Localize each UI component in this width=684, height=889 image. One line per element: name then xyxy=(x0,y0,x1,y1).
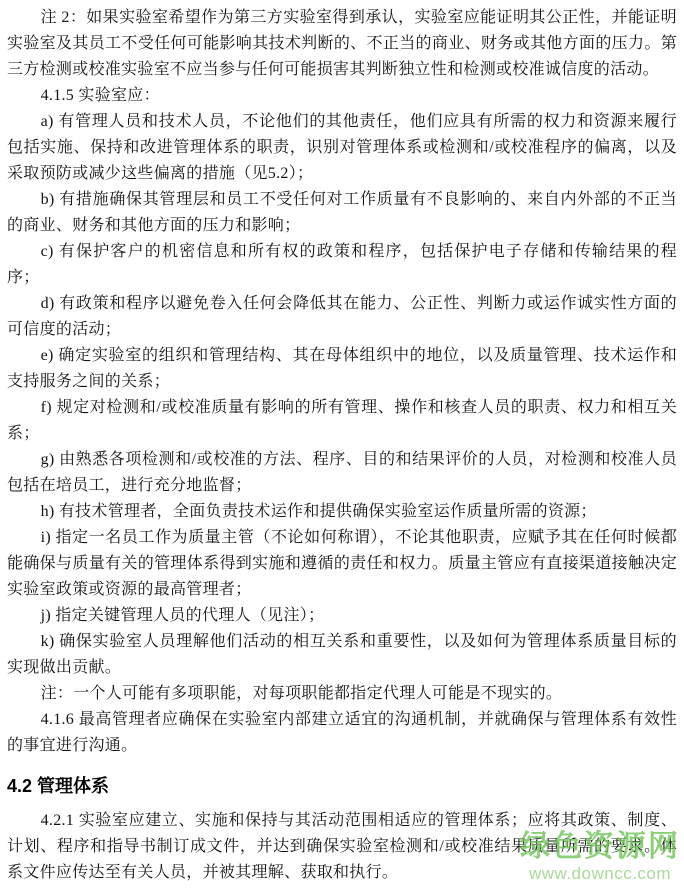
clause-4-1-5: 4.1.5 实验室应： xyxy=(7,83,677,109)
paragraph-note: 注：一个人可能有多项职能，对每项职能都指定代理人可能是不现实的。 xyxy=(7,681,677,707)
list-item-j: j) 指定关键管理人员的代理人（见注）； xyxy=(7,603,677,629)
list-item-e: e) 确定实验室的组织和管理结构、其在母体组织中的地位，以及质量管理、技术运作和… xyxy=(7,343,677,395)
paragraph-note-2: 注 2：如果实验室希望作为第三方实验室得到承认，实验室应能证明其公正性，并能证明… xyxy=(7,5,677,83)
list-item-i: i) 指定一名员工作为质量主管（不论如何称谓），不论其他职责，应赋予其在任何时候… xyxy=(7,525,677,603)
list-item-h: h) 有技术管理者，全面负责技术运作和提供确保实验室运作质量所需的资源； xyxy=(7,499,677,525)
list-item-k: k) 确保实验室人员理解他们活动的相互关系和重要性，以及如何为管理体系质量目标的… xyxy=(7,629,677,681)
clause-4-2-1: 4.2.1 实验室应建立、实施和保持与其活动范围相适应的管理体系；应将其政策、制… xyxy=(7,808,677,886)
list-item-g: g) 由熟悉各项检测和/或校准的方法、程序、目的和结果评价的人员，对检测和校准人… xyxy=(7,447,677,499)
list-item-c: c) 有保护客户的机密信息和所有权的政策和程序，包括保护电子存储和传输结果的程序… xyxy=(7,239,677,291)
section-heading-4-2: 4.2 管理体系 xyxy=(7,774,677,798)
clause-4-1-6: 4.1.6 最高管理者应确保在实验室内部建立适宜的沟通机制，并就确保与管理体系有… xyxy=(7,707,677,759)
list-item-f: f) 规定对检测和/或校准质量有影响的所有管理、操作和核查人员的职责、权力和相互… xyxy=(7,395,677,447)
list-item-d: d) 有政策和程序以避免卷入任何会降低其在能力、公正性、判断力或运作诚实性方面的… xyxy=(7,291,677,343)
document-page: 注 2：如果实验室希望作为第三方实验室得到承认，实验室应能证明其公正性，并能证明… xyxy=(0,0,684,889)
list-item-b: b) 有措施确保其管理层和员工不受任何对工作质量有不良影响的、来自内外部的不正当… xyxy=(7,187,677,239)
list-item-a: a) 有管理人员和技术人员，不论他们的其他责任，他们应具有所需的权力和资源来履行… xyxy=(7,109,677,187)
